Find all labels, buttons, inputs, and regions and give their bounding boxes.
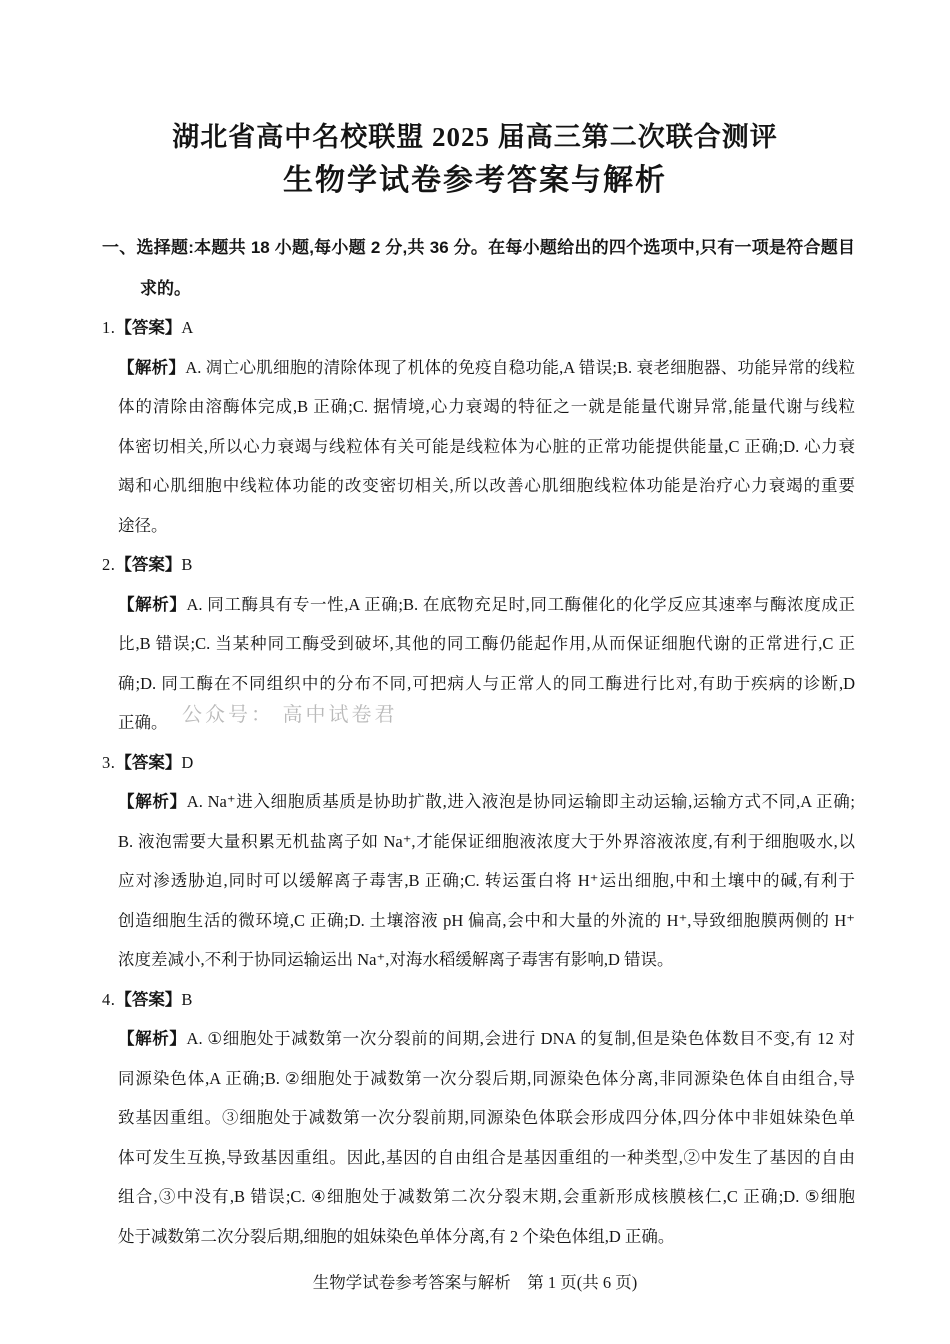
answer-line: 4.【答案】B xyxy=(102,980,855,1020)
text-span: A. 同工酶具有专一性,A 正确;B. 在底物充足时,同工酶催化的化学反应其速率… xyxy=(187,595,856,614)
analysis-line: 【解析】A. 同工酶具有专一性,A 正确;B. 在底物充足时,同工酶催化的化学反… xyxy=(118,585,855,625)
question-number: 2. xyxy=(102,555,115,574)
analysis-line: 处于减数第二次分裂后期,细胞的姐妹染色单体分离,有 2 个染色体组,D 正确。 xyxy=(118,1217,855,1257)
analysis-line: 创造细胞生活的微环境,C 正确;D. 土壤溶液 pH 偏高,会中和大量的外流的 … xyxy=(118,901,855,941)
analysis-line: 体可发生互换,导致基因重组。因此,基因的自由组合是基因重组的一种类型,②中发生了… xyxy=(118,1138,855,1178)
section-header-line-2: 求的。 xyxy=(102,268,855,309)
bold-label: 【解析】 xyxy=(118,792,187,811)
analysis-line: 体密切相关,所以心力衰竭与线粒体有关可能是线粒体为心脏的正常功能提供能量,C 正… xyxy=(118,427,855,467)
bold-label: 【答案】 xyxy=(115,753,181,772)
bold-label: 【答案】 xyxy=(115,318,181,337)
analysis-line: 【解析】A. 凋亡心肌细胞的清除体现了机体的免疫自稳功能,A 错误;B. 衰老细… xyxy=(118,348,855,388)
bold-label: 【答案】 xyxy=(115,555,181,574)
analysis-line: 应对渗透胁迫,同时可以缓解离子毒害,B 正确;C. 转运蛋白将 H⁺运出细胞,中… xyxy=(118,861,855,901)
exam-subtitle: 生物学试卷参考答案与解析 xyxy=(0,161,950,201)
section-header: 一、选择题:本题共 18 小题,每小题 2 分,共 36 分。在每小题给出的四个… xyxy=(102,227,855,309)
analysis-line: B. 液泡需要大量积累无机盐离子如 Na⁺,才能保证细胞液浓度大于外界溶液浓度,… xyxy=(118,822,855,862)
question-block: 1.【答案】A【解析】A. 凋亡心肌细胞的清除体现了机体的免疫自稳功能,A 错误… xyxy=(102,308,855,545)
answer-line: 2.【答案】B xyxy=(102,545,855,585)
question-number: 4. xyxy=(102,990,115,1009)
question-number: 1. xyxy=(102,318,115,337)
bold-label: 【解析】 xyxy=(118,595,187,614)
analysis-line: 确;D. 同工酶在不同组织中的分布不同,可把病人与正常人的同工酶进行比对,有助于… xyxy=(118,664,855,704)
exam-title: 湖北省高中名校联盟 2025 届高三第二次联合测评 xyxy=(0,121,950,153)
bold-label: 【答案】 xyxy=(115,990,181,1009)
text-span: A. Na⁺进入细胞质基质是协助扩散,进入液泡是协同运输即主动运输,运输方式不同… xyxy=(187,792,855,811)
analysis-line: 浓度差减小,不利于协同运输运出 Na⁺,对海水稻缓解离子毒害有影响,D 错误。 xyxy=(118,940,855,980)
analysis-line: 组合,③中没有,B 错误;C. ④细胞处于减数第二次分裂末期,会重新形成核膜核仁… xyxy=(118,1177,855,1217)
document-page: 湖北省高中名校联盟 2025 届高三第二次联合测评 生物学试卷参考答案与解析 一… xyxy=(0,0,950,1344)
text-span: A. 凋亡心肌细胞的清除体现了机体的免疫自稳功能,A 错误;B. 衰老细胞器、功… xyxy=(185,358,855,377)
text-span: B xyxy=(181,555,192,574)
text-span: B xyxy=(181,990,192,1009)
analysis-line: 途径。 xyxy=(118,506,855,546)
question-block: 4.【答案】B【解析】A. ①细胞处于减数第一次分裂前的间期,会进行 DNA 的… xyxy=(102,980,855,1257)
answer-line: 3.【答案】D xyxy=(102,743,855,783)
watermark-text: 公众号： 高中试卷君 xyxy=(182,700,398,730)
analysis-line: 竭和心肌细胞中线粒体功能的改变密切相关,所以改善心肌细胞线粒体功能是治疗心力衰竭… xyxy=(118,466,855,506)
bold-label: 【解析】 xyxy=(118,358,185,377)
questions-list: 1.【答案】A【解析】A. 凋亡心肌细胞的清除体现了机体的免疫自稳功能,A 错误… xyxy=(102,308,855,1256)
analysis-line: 【解析】A. ①细胞处于减数第一次分裂前的间期,会进行 DNA 的复制,但是染色… xyxy=(118,1019,855,1059)
analysis-line: 致基因重组。③细胞处于减数第一次分裂前期,同源染色体联会形成四分体,四分体中非姐… xyxy=(118,1098,855,1138)
analysis-line: 体的清除由溶酶体完成,B 正确;C. 据情境,心力衰竭的特征之一就是能量代谢异常… xyxy=(118,387,855,427)
text-span: A. ①细胞处于减数第一次分裂前的间期,会进行 DNA 的复制,但是染色体数目不… xyxy=(187,1029,855,1048)
text-span: D xyxy=(181,753,193,772)
bold-label: 【解析】 xyxy=(118,1029,187,1048)
section-header-line-1: 一、选择题:本题共 18 小题,每小题 2 分,共 36 分。在每小题给出的四个… xyxy=(102,227,855,268)
page-footer: 生物学试卷参考答案与解析 第 1 页(共 6 页) xyxy=(0,1271,950,1295)
answer-line: 1.【答案】A xyxy=(102,308,855,348)
text-span: A xyxy=(181,318,193,337)
question-block: 3.【答案】D【解析】A. Na⁺进入细胞质基质是协助扩散,进入液泡是协同运输即… xyxy=(102,743,855,980)
analysis-line: 同源染色体,A 正确;B. ②细胞处于减数第一次分裂后期,同源染色体分离,非同源… xyxy=(118,1059,855,1099)
analysis-line: 比,B 错误;C. 当某种同工酶受到破坏,其他的同工酶仍能起作用,从而保证细胞代… xyxy=(118,624,855,664)
analysis-line: 【解析】A. Na⁺进入细胞质基质是协助扩散,进入液泡是协同运输即主动运输,运输… xyxy=(118,782,855,822)
question-number: 3. xyxy=(102,753,115,772)
